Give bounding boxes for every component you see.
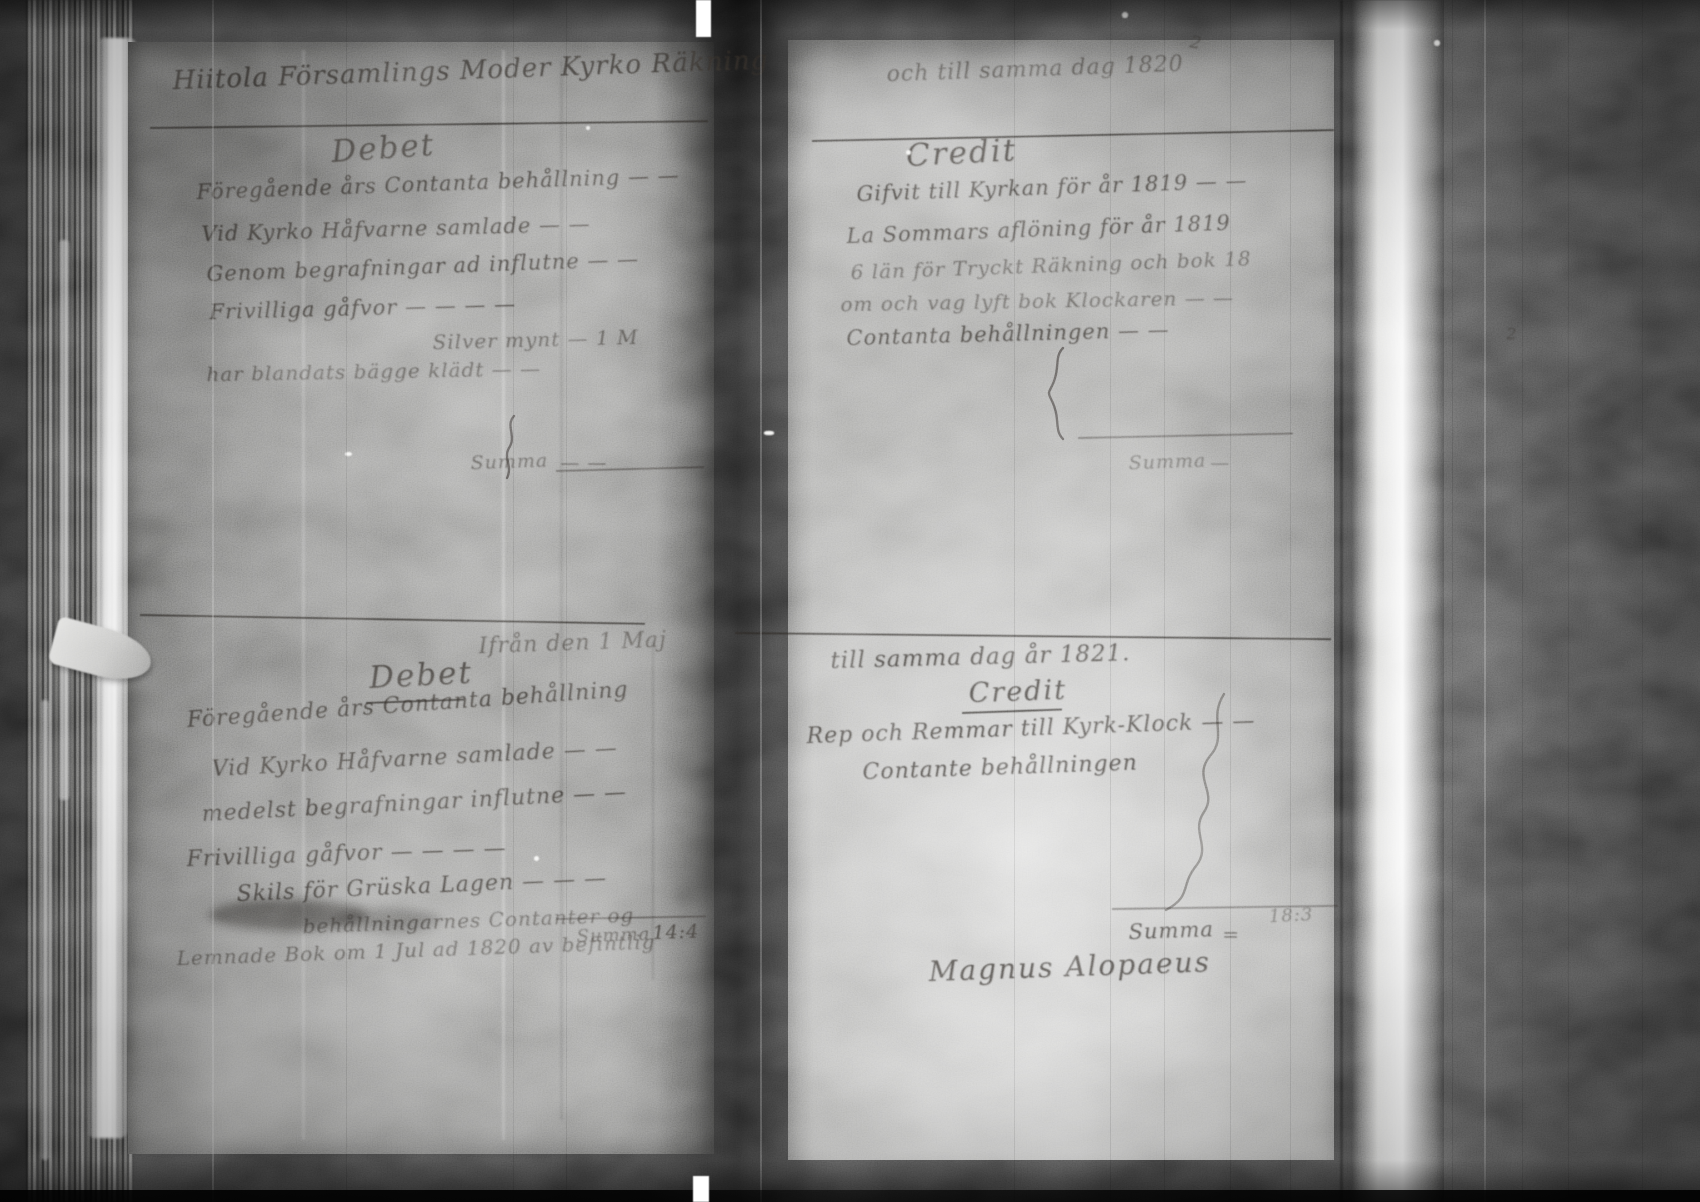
film-scratch [1230, 0, 1231, 1202]
film-scratch [513, 0, 514, 1202]
film-scratch [1642, 0, 1643, 1202]
summa-label: Summa [470, 449, 548, 474]
film-bottom-edge [0, 1190, 1700, 1202]
summa-dash: — [1210, 452, 1230, 474]
film-scratch [1164, 0, 1165, 1202]
light-speck [764, 431, 774, 435]
film-mark: 2 [1506, 324, 1517, 343]
film-scratch [346, 0, 347, 1202]
film-slit-top [696, 0, 711, 37]
film-right-area [1444, 0, 1700, 1202]
page-edge-highlight [40, 700, 50, 1160]
light-speck [1122, 12, 1128, 18]
right-page [788, 40, 1334, 1160]
left-page [128, 42, 714, 1154]
ink-brace [1048, 348, 1068, 440]
film-slit-bottom [693, 1176, 709, 1202]
film-scratch [1484, 0, 1486, 1202]
film-scratch [1290, 0, 1291, 1202]
gutter-top-shadow [640, 0, 840, 300]
light-speck [534, 856, 539, 861]
light-speck [1434, 40, 1440, 46]
summa-label: Summa [1128, 449, 1206, 474]
microfilm-scan: Hiitola Församlings Moder Kyrko Räkning … [0, 0, 1700, 1202]
film-scratch [1568, 0, 1569, 1202]
film-scratch [566, 0, 567, 1202]
summa-label: Summa [1128, 917, 1214, 944]
light-speck [906, 150, 911, 155]
credit-heading-top: Credit [905, 132, 1018, 174]
paper-crease [302, 50, 305, 1140]
film-scratch [1452, 0, 1453, 1202]
summa-label: Summa [576, 923, 650, 947]
right-page-edge [1340, 0, 1343, 1202]
film-scratch [1014, 0, 1015, 1202]
credit-heading-bottom: Credit [968, 675, 1067, 709]
film-scratch [760, 0, 762, 1202]
right-page-edge-highlight [1352, 0, 1444, 1202]
film-scratch [1110, 0, 1111, 1202]
film-scratch [1522, 0, 1523, 1202]
page-edge-highlight [58, 240, 70, 800]
film-scratch [212, 0, 214, 1202]
light-speck [586, 126, 590, 130]
summa-amount: 14:4 [652, 920, 699, 944]
